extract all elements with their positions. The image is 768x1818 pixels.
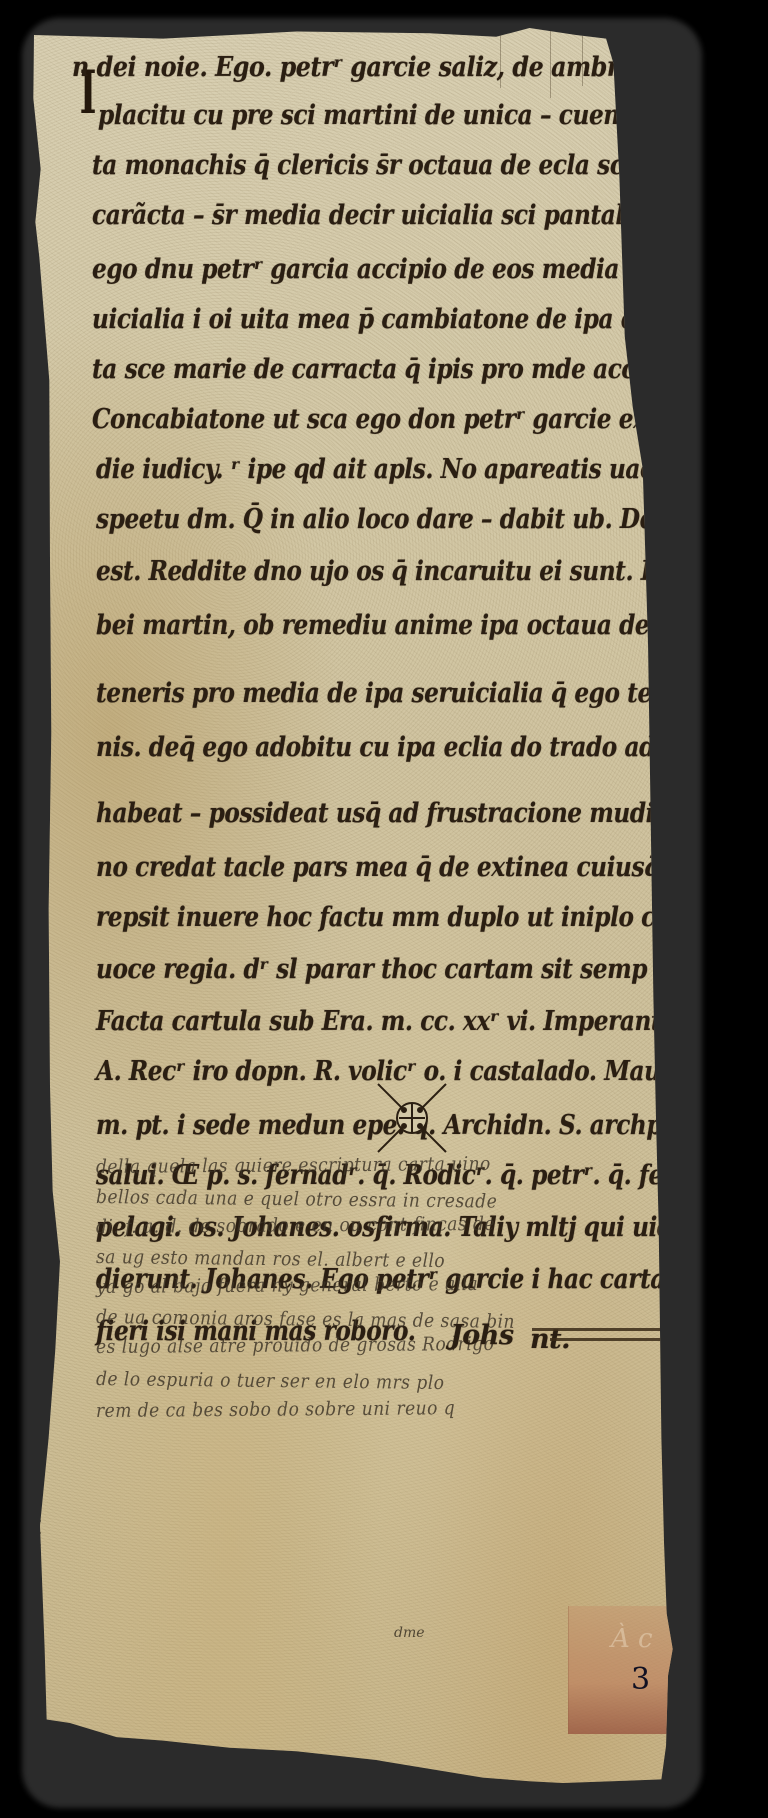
annotation-line: es lugo alse atre prouido de grosas Rodr… (96, 1333, 494, 1358)
shelf-number: 3 (631, 1662, 650, 1697)
signature-rule (532, 1328, 682, 1331)
text-line: die iudicy. ʳ ipe qd ait apls. No aparea… (96, 454, 725, 485)
notarial-signum-icon (372, 1078, 452, 1158)
parchment-charter: I n dei noie. Ego. petrʳ garcie saliz, d… (30, 28, 696, 1790)
dorsal-note: dme (394, 1625, 425, 1641)
scan-background: I n dei noie. Ego. petrʳ garcie saliz, d… (0, 0, 768, 1818)
charter-text: I n dei noie. Ego. petrʳ garcie saliz, d… (30, 28, 696, 1790)
annotation-line: de lo espuria o tuer ser en elo mrs plo (96, 1368, 445, 1394)
signum-name: Johs (450, 1320, 514, 1351)
annotation-line: sa ug esto mandan ros el. albert e ello (96, 1246, 445, 1272)
annotation-line: rem de ca bes sobo do sobre uni reuo q (96, 1397, 455, 1422)
text-line: uoce regia. dʳ sl parar thoc cartam sit … (96, 954, 731, 985)
shelf-label-faint-text: À c (611, 1624, 653, 1654)
annotation-line: ya go al bajo fuera ny general berto e a… (96, 1273, 478, 1298)
annotation-line: bellos cada una e quel otro essra in cre… (96, 1186, 497, 1213)
annotation-line: di. f. a. d. de sobrado e en ou cont fin… (96, 1213, 495, 1238)
